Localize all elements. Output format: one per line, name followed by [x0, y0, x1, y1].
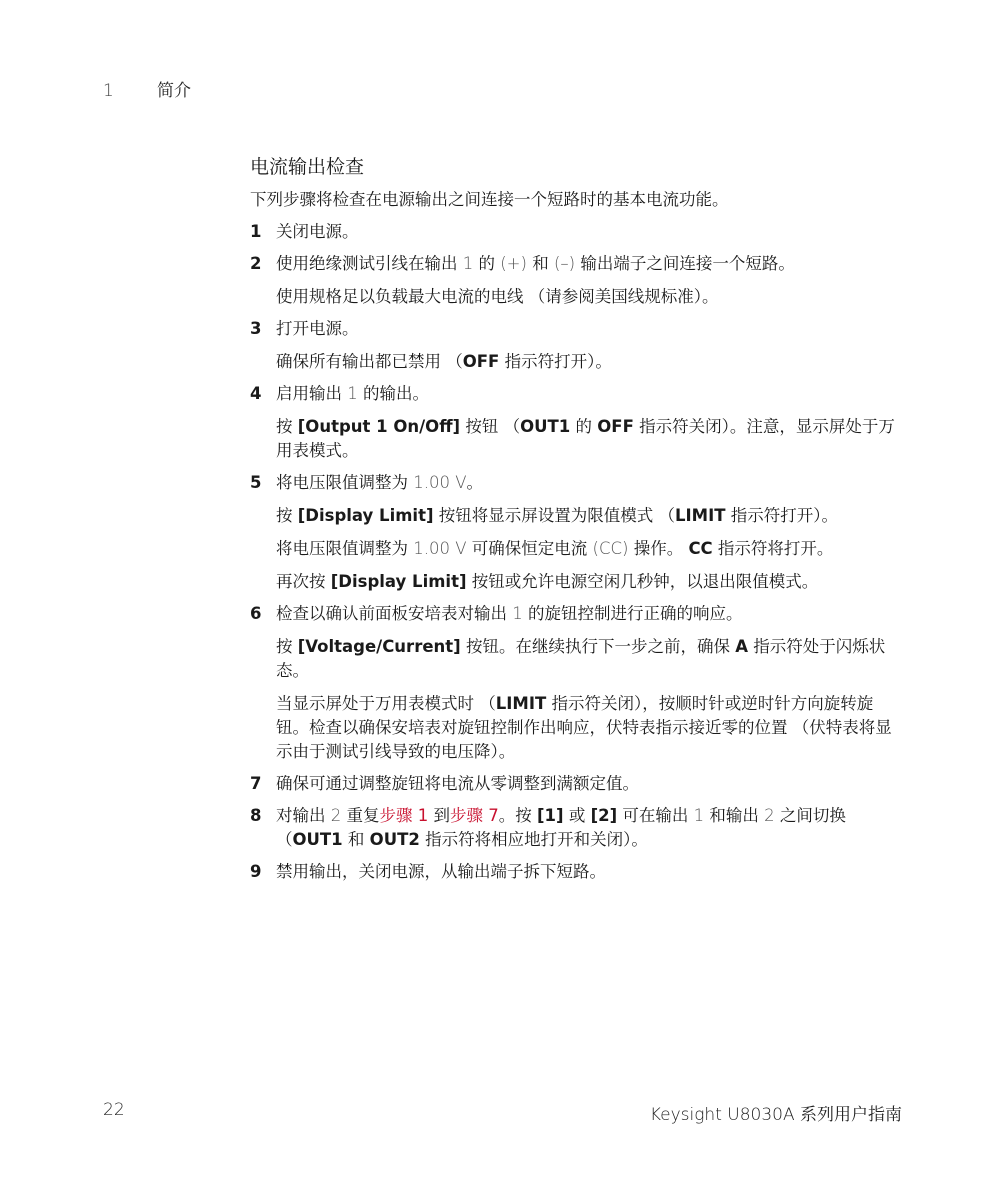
step-2: 2 使用绝缘测试引线在输出 1 的 (+) 和 (–) 输出端子之间连接一个短路…	[250, 252, 905, 309]
step-number: 8	[250, 804, 261, 828]
section-title: 电流输出检查	[250, 154, 905, 180]
step-note: 使用规格足以负载最大电流的电线 （请参阅美国线规标准）。	[276, 285, 905, 309]
step-note: 按 [Voltage/Current] 按钮。在继续执行下一步之前，确保 A 指…	[276, 635, 905, 683]
document-title: Keysight U8030A 系列用户指南	[650, 1100, 902, 1125]
step-6: 6 检查以确认前面板安培表对输出 1 的旋钮控制进行正确的响应。 按 [Volt…	[250, 602, 905, 764]
step-3: 3 打开电源。 确保所有输出都已禁用 （OFF 指示符打开）。	[250, 317, 905, 374]
step-note: 当显示屏处于万用表模式时 （LIMIT 指示符关闭），按顺时针或逆时针方向旋转旋…	[276, 692, 905, 764]
step-text: 禁用输出，关闭电源，从输出端子拆下短路。	[276, 860, 905, 884]
page-content: 电流输出检查 下列步骤将检查在电源输出之间连接一个短路时的基本电流功能。 1 关…	[250, 154, 905, 892]
step-1: 1 关闭电源。	[250, 220, 905, 244]
step-number: 5	[250, 471, 261, 495]
step-8: 8 对输出 2 重复步骤 1 到步骤 7。按 [1] 或 [2] 可在输出 1 …	[250, 804, 905, 852]
section-intro: 下列步骤将检查在电源输出之间连接一个短路时的基本电流功能。	[250, 188, 905, 212]
step-5: 5 将电压限值调整为 1.00 V。 按 [Display Limit] 按钮将…	[250, 471, 905, 594]
step-text: 确保可通过调整旋钮将电流从零调整到满额定值。	[276, 772, 905, 796]
step-number: 9	[250, 860, 261, 884]
step-number: 1	[250, 220, 261, 244]
step-number: 7	[250, 772, 261, 796]
step-7-link[interactable]: 步骤 7	[450, 806, 499, 825]
step-7: 7 确保可通过调整旋钮将电流从零调整到满额定值。	[250, 772, 905, 796]
step-4: 4 启用输出 1 的输出。 按 [Output 1 On/Off] 按钮 （OU…	[250, 382, 905, 463]
step-note: 按 [Output 1 On/Off] 按钮 （OUT1 的 OFF 指示符关闭…	[276, 415, 905, 463]
step-1-link[interactable]: 步骤 1	[380, 806, 429, 825]
step-text: 启用输出 1 的输出。	[276, 382, 905, 406]
step-text: 使用绝缘测试引线在输出 1 的 (+) 和 (–) 输出端子之间连接一个短路。	[276, 252, 905, 276]
step-number: 6	[250, 602, 261, 626]
page-header: 1简介	[103, 76, 191, 101]
step-number: 4	[250, 382, 261, 406]
step-note: 将电压限值调整为 1.00 V 可确保恒定电流 (CC) 操作。 CC 指示符将…	[276, 537, 905, 561]
chapter-title: 简介	[157, 81, 191, 101]
step-note: 按 [Display Limit] 按钮将显示屏设置为限值模式 （LIMIT 指…	[276, 504, 905, 528]
step-9: 9 禁用输出，关闭电源，从输出端子拆下短路。	[250, 860, 905, 884]
step-number: 3	[250, 317, 261, 341]
step-text: 关闭电源。	[276, 220, 905, 244]
step-number: 2	[250, 252, 261, 276]
step-text: 将电压限值调整为 1.00 V。	[276, 471, 905, 495]
step-note: 再次按 [Display Limit] 按钮或允许电源空闲几秒钟，以退出限值模式…	[276, 570, 905, 594]
chapter-number: 1	[103, 81, 157, 101]
step-note: 确保所有输出都已禁用 （OFF 指示符打开）。	[276, 350, 905, 374]
page-number: 22	[103, 1100, 125, 1120]
step-text: 检查以确认前面板安培表对输出 1 的旋钮控制进行正确的响应。	[276, 602, 905, 626]
step-text: 打开电源。	[276, 317, 905, 341]
step-text: 对输出 2 重复步骤 1 到步骤 7。按 [1] 或 [2] 可在输出 1 和输…	[276, 804, 905, 852]
